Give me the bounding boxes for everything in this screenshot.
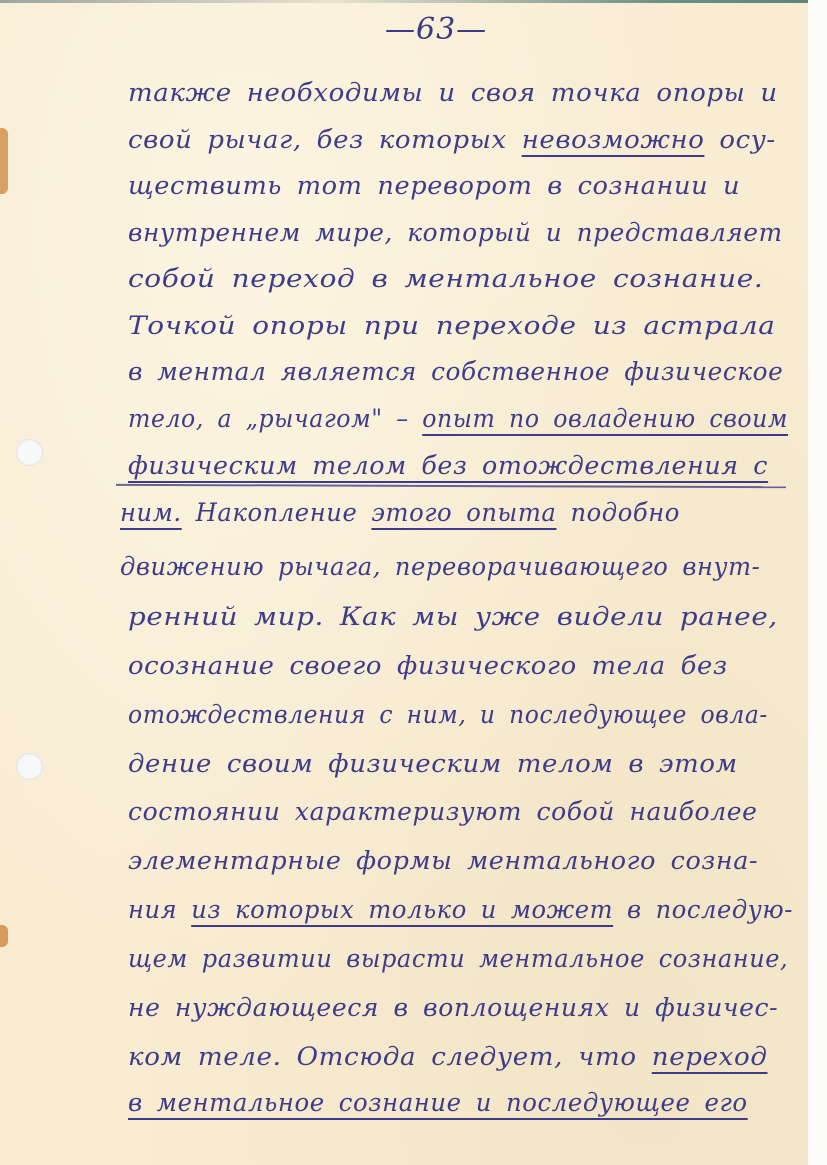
text-line: Точкой опоры при переходе из астрала (128, 311, 776, 341)
text-segment: состоянии характеризуют собой наиболее (128, 797, 758, 827)
text-line: в ментальное сознание и последующее его (128, 1088, 748, 1118)
text-segment: осознание своего физического тела без (128, 651, 728, 681)
text-line: дение своим физическим телом в этом (128, 749, 738, 779)
underlined-text: невозможно (522, 125, 705, 155)
binder-hole (16, 753, 43, 780)
page-number: —63— (385, 12, 487, 47)
text-segment: ренний мир. Как мы уже видели ранее, (128, 602, 778, 632)
text-line: ним. Накопление этого опыта подобно (120, 498, 680, 528)
underlined-text: из которых только и может (191, 895, 613, 925)
text-line: щем развитии вырасти ментальное сознание… (128, 944, 788, 974)
text-line: элементарные формы ментального созна- (128, 846, 758, 876)
text-segment: ком теле. Отсюда следует, что (128, 1042, 652, 1072)
text-segment: свой рычаг, без которых (128, 125, 522, 155)
underlined-text: физическим телом без отождествления с (128, 451, 768, 481)
text-line: движению рычага, переворачивающего внут- (120, 552, 760, 582)
text-segment: осу- (704, 125, 775, 155)
tape-mark (0, 925, 8, 947)
text-line: состоянии характеризуют собой наиболее (128, 797, 758, 827)
text-segment: не нуждающееся в воплощениях и физичес- (128, 993, 778, 1023)
text-line: осознание своего физического тела без (128, 651, 728, 681)
text-segment: отождествления с ним, и последующее овла… (128, 700, 768, 730)
text-line: физическим телом без отождествления с (128, 451, 768, 481)
text-line: в ментал является собственное физическое (128, 357, 783, 387)
text-line: ществить тот переворот в сознании и (128, 171, 740, 201)
binder-hole (16, 439, 43, 466)
text-line: тело, а „рычагом" – опыт по овладению св… (128, 404, 788, 434)
text-segment: в последую- (613, 895, 793, 925)
tape-mark (0, 128, 8, 194)
scan-background (808, 0, 827, 1165)
text-segment: Точкой опоры при переходе из астрала (128, 311, 776, 341)
text-line: отождествления с ним, и последующее овла… (128, 700, 768, 730)
text-line: ренний мир. Как мы уже видели ранее, (128, 602, 778, 632)
text-line: ния из которых только и может в последую… (128, 895, 793, 925)
text-segment: внутреннем мире, который и представляет (128, 218, 783, 248)
text-segment: подобно (556, 498, 680, 528)
text-segment: движению рычага, переворачивающего внут- (120, 552, 760, 582)
text-line: не нуждающееся в воплощениях и физичес- (128, 993, 778, 1023)
text-segment: в ментал является собственное физическое (128, 357, 783, 387)
text-segment: дение своим физическим телом в этом (128, 749, 738, 779)
text-segment: тело, а „рычагом" – (128, 404, 422, 434)
text-line: внутреннем мире, который и представляет (128, 218, 783, 248)
text-segment: щем развитии вырасти ментальное сознание… (128, 944, 788, 974)
text-line: собой переход в ментальное сознание. (128, 264, 763, 294)
text-line: ком теле. Отсюда следует, что переход (128, 1042, 768, 1072)
text-segment: ния (128, 895, 191, 925)
text-line: свой рычаг, без которых невозможно осу- (128, 125, 776, 155)
text-segment: Накопление (182, 498, 372, 528)
underlined-text: в ментальное сознание и последующее его (128, 1088, 748, 1118)
underlined-text: опыт по овладению своим (422, 404, 788, 434)
text-line: также необходимы и своя точка опоры и (128, 78, 778, 108)
text-segment: элементарные формы ментального созна- (128, 846, 758, 876)
underlined-text: ним. (120, 498, 182, 528)
text-segment: ществить тот переворот в сознании и (128, 171, 740, 201)
underlined-text: переход (652, 1042, 768, 1072)
text-segment: также необходимы и своя точка опоры и (128, 78, 778, 108)
text-segment: собой переход в ментальное сознание. (128, 264, 763, 294)
underlined-text: этого опыта (371, 498, 556, 528)
